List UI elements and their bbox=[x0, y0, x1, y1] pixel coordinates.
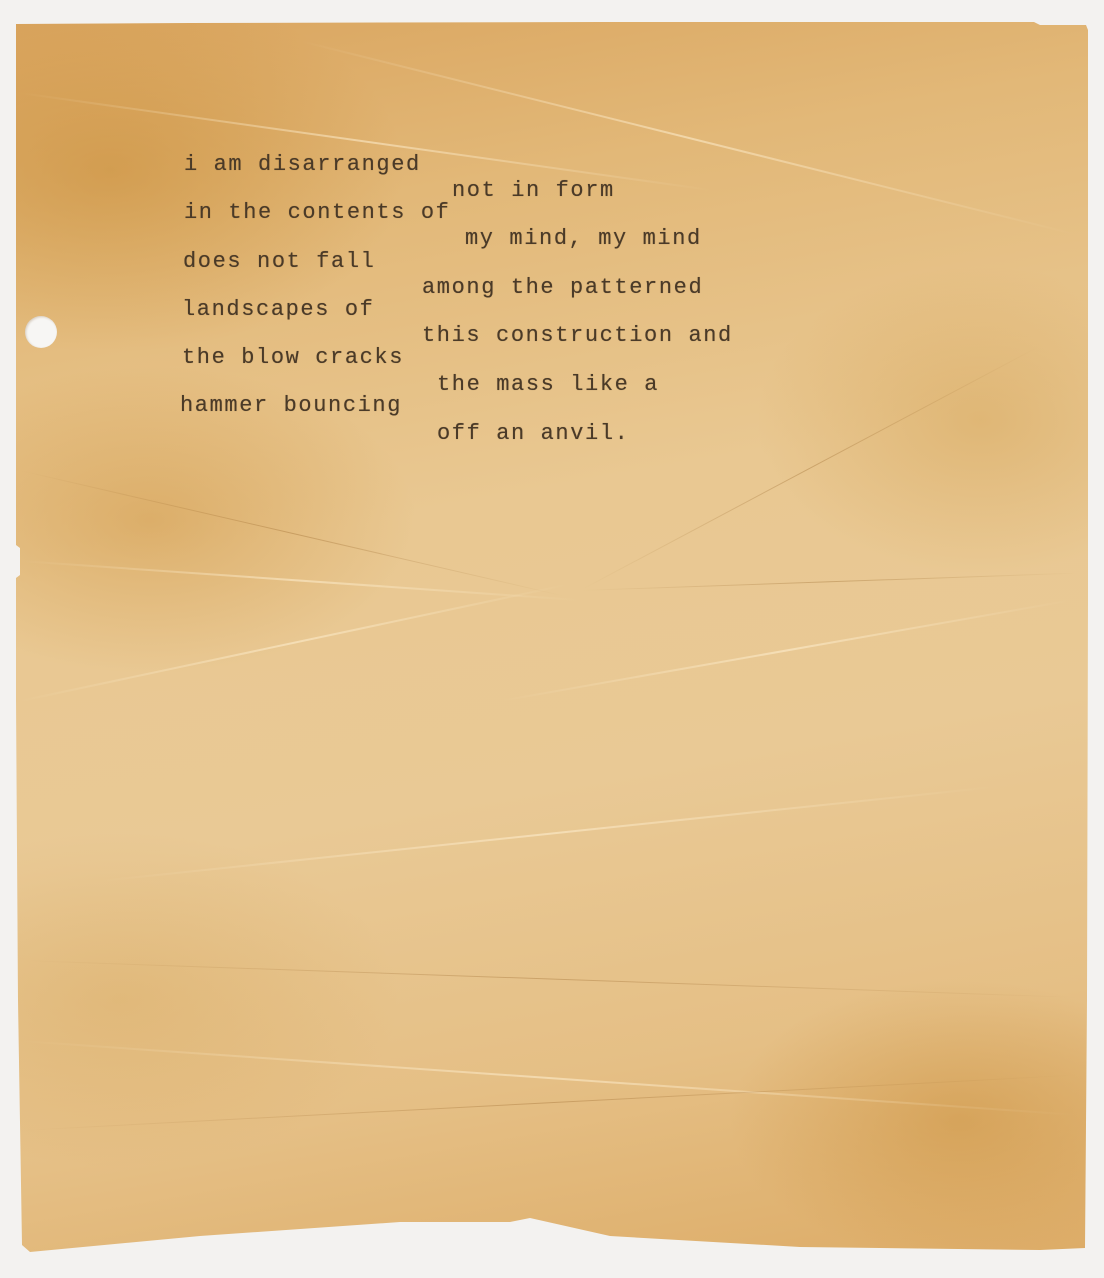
poem-line: hammer bouncing bbox=[180, 395, 402, 417]
poem-line: off an anvil. bbox=[437, 423, 629, 445]
poem-line: i am disarranged bbox=[184, 154, 421, 176]
poem-line: this construction and bbox=[422, 325, 733, 347]
poem-line: in the contents of bbox=[184, 202, 450, 224]
poem-line: not in form bbox=[452, 180, 615, 202]
typewritten-poem: i am disarranged not in form in the cont… bbox=[0, 0, 1104, 1278]
poem-line: the blow cracks bbox=[182, 347, 404, 369]
poem-line: my mind, my mind bbox=[465, 228, 702, 250]
poem-line: the mass like a bbox=[437, 374, 659, 396]
poem-line: does not fall bbox=[183, 251, 375, 273]
poem-line: landscapes of bbox=[182, 299, 374, 321]
document-stage: i am disarranged not in form in the cont… bbox=[0, 0, 1104, 1278]
poem-line: among the patterned bbox=[422, 277, 703, 299]
